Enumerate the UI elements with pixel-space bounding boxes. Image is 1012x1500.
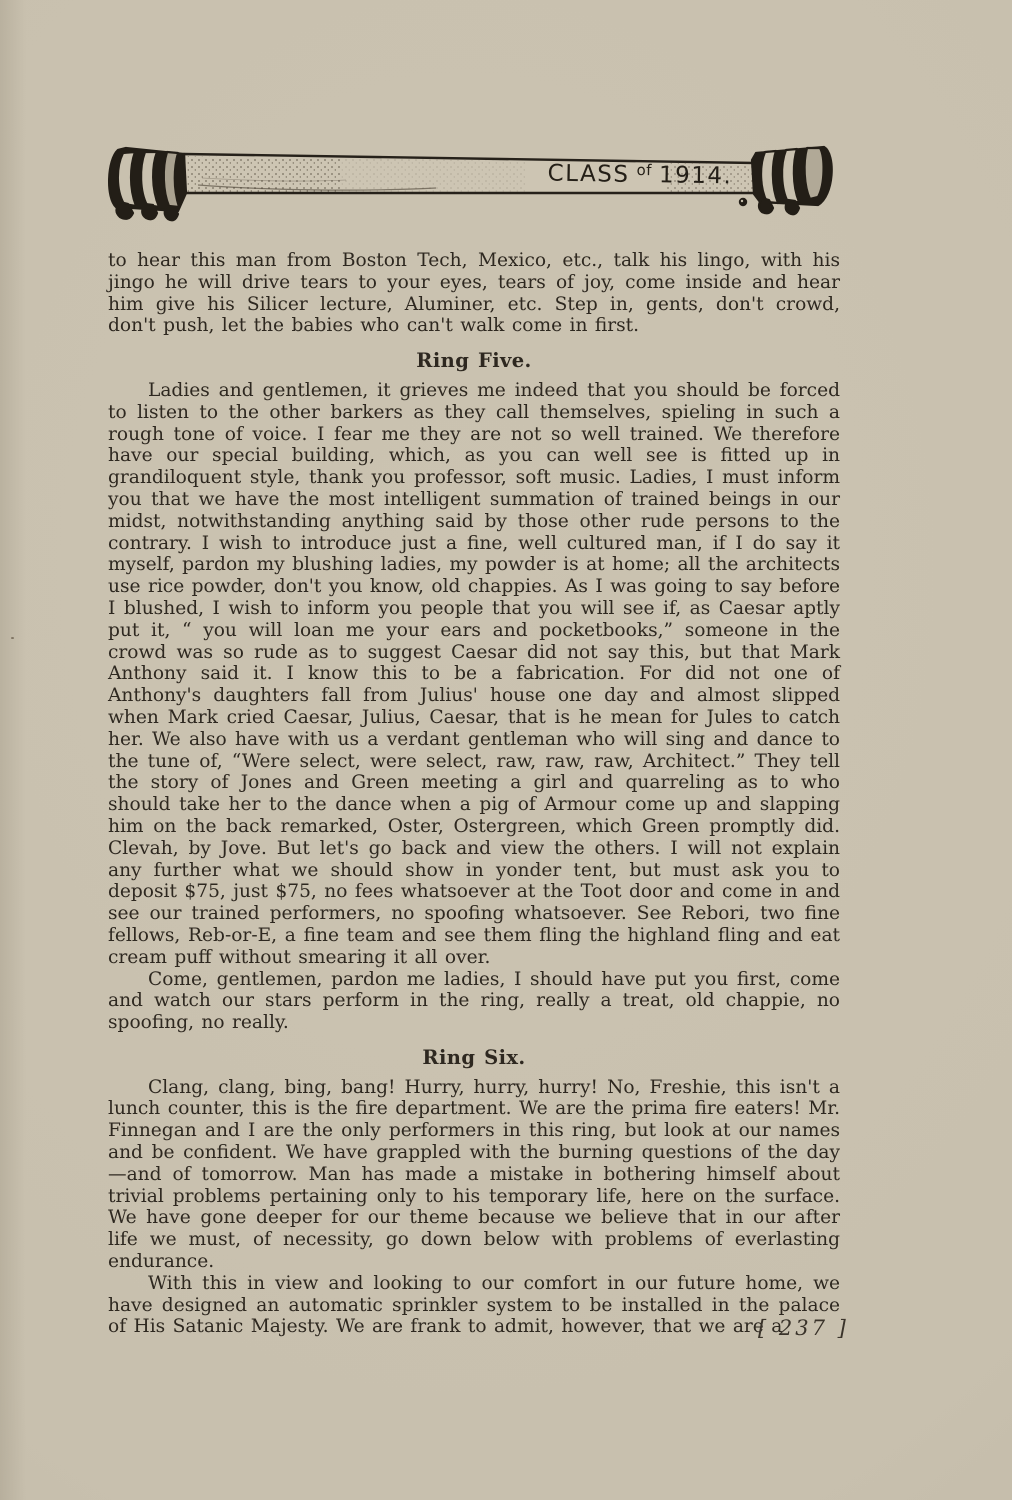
banner-title-of: of	[636, 161, 652, 179]
banner-title-class: CLASS	[547, 161, 629, 188]
banner-title-year: 1914.	[659, 162, 733, 189]
heading-ring-five: Ring Five.	[108, 350, 840, 372]
page-number: [ 237 ]	[758, 1316, 849, 1340]
class-of-1914-banner: CLASS of 1914.	[106, 144, 858, 230]
paragraph-fire-department: Clang, clang, bing, bang! Hurry, hurry, …	[108, 1077, 840, 1273]
heading-ring-six: Ring Six.	[108, 1047, 840, 1069]
paper-speck	[11, 637, 14, 639]
paragraph-come-gentlemen: Come, gentlemen, pardon me ladies, I sho…	[108, 969, 840, 1034]
paragraph-barker-speech: Ladies and gentlemen, it grieves me inde…	[108, 380, 840, 969]
paragraph-sprinkler-system: With this in view and looking to our com…	[108, 1273, 840, 1338]
scanned-book-page: CLASS of 1914. to hear this man from Bos…	[0, 0, 1012, 1500]
banner-dot-ornament	[739, 198, 747, 206]
paragraph-intro-continued: to hear this man from Boston Tech, Mexic…	[108, 250, 840, 337]
banner-title: CLASS of 1914.	[534, 158, 746, 191]
page-body-text: to hear this man from Boston Tech, Mexic…	[108, 250, 840, 1338]
